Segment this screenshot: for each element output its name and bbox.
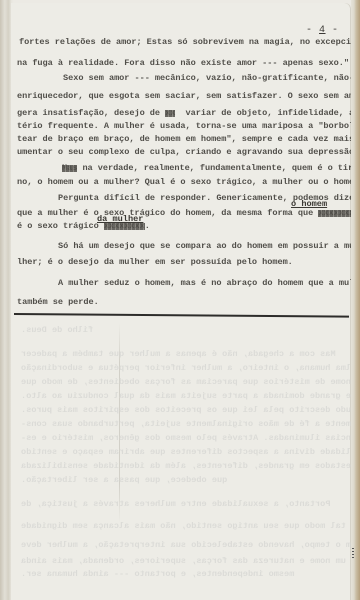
show-through-line: Mas com a chegada, não é apenas a mulher… [21,349,336,359]
page-number-suffix: - [326,25,339,36]
typewritten-page: filho de Deus. Mas com a chegada, não é … [11,3,351,600]
page-stack-edge [351,0,360,600]
text-line: umentar o seu complexo de culpa, criando… [17,147,359,157]
text-segment: é o sexo trágico [17,221,99,231]
text-segment: na verdade, realmente, fundamentalmente,… [82,163,360,173]
text-line-with-strikeout: Mas na verdade, realmente, fundamentalme… [62,163,360,173]
text-segment: . [145,221,150,231]
text-line: tério frequente. A mulher é usada, torna… [17,121,360,131]
show-through-line: piritualidade divina a aspectos diferent… [21,447,360,457]
text-line: também se perde. [17,297,99,307]
show-through-line: filho de Deus. [21,325,93,335]
text-segment: variar de objeto, infidelidade, adul- [186,108,360,118]
show-through-line: tudo descrito pela lei que os preceitos … [21,405,356,415]
text-line: fortes relações de amor; Estas só sobrev… [19,37,360,47]
page-number-prefix: - [306,25,319,36]
text-line: lher; é o desejo da mulher em ser possuí… [17,257,293,267]
show-through-line: virtude grande dominada a parte sujeita … [21,391,360,401]
edge-mark [352,548,354,560]
text-line: na fuga à realidade. Fora disso não exis… [17,58,349,68]
struck-text: xxxxxxxx [104,221,145,231]
show-through-line: seus atestados em grandes, diferentes, a… [21,461,360,471]
text-line: Sexo sem amor --- mecânico, vazio, não-g… [63,73,354,83]
show-through-line: ser um nome e natureza das forças, super… [21,556,360,566]
text-line: enriquecedor, que esgota sem saciar, sem… [17,91,360,101]
scanned-page-background: filho de Deus. Mas com a chegada, não é … [0,0,360,600]
text-line: no, o homem ou a mulher? Qual é o sexo t… [17,177,360,187]
show-through-line: Igualmente a fé de mãos originalmente su… [21,419,360,429]
text-line-with-strikeout: gera insatisfação, desejo de xx variar d… [17,108,360,118]
show-through-line: Portanto, a sexualidade entre mulheres a… [21,499,330,509]
text-line-with-strikeout: é o sexo trágico xxxxxxxx. [17,221,150,231]
page-number: - 4 - [306,25,339,36]
text-segment: gera insatisfação, desejo de [17,108,160,118]
struck-text: Mas [62,163,77,173]
show-through-line: Foi alma humana, o inteiro, a mulher inf… [21,363,360,373]
text-line: Só há um desejo que se compara ao do hom… [58,241,359,251]
struck-text: xx [165,108,175,118]
text-line: A mulher seduz o homem, mas é no abraço … [58,278,360,288]
text-line: tear de braço em braço, de homem em home… [17,134,360,144]
show-through-line: tal modo que seu antigo sentido, não mai… [21,521,346,531]
text-line-with-strikeout: que a mulher é o sexo trágico do homem, … [17,208,360,218]
show-through-line: mesmo independentes, e portanto --- aind… [21,569,294,579]
text-segment: que a mulher é o sexo trágico do homem, … [17,208,313,218]
show-through-line: que obedece, que passa a ser libertação. [21,475,227,485]
show-through-line: em nome de mistérios que pareciam as for… [21,377,360,387]
show-through-line: com o tempo, havendo estabelecido sua in… [21,540,360,550]
show-through-line: ciências iluminadas. Através pelo mesmo … [21,433,360,443]
